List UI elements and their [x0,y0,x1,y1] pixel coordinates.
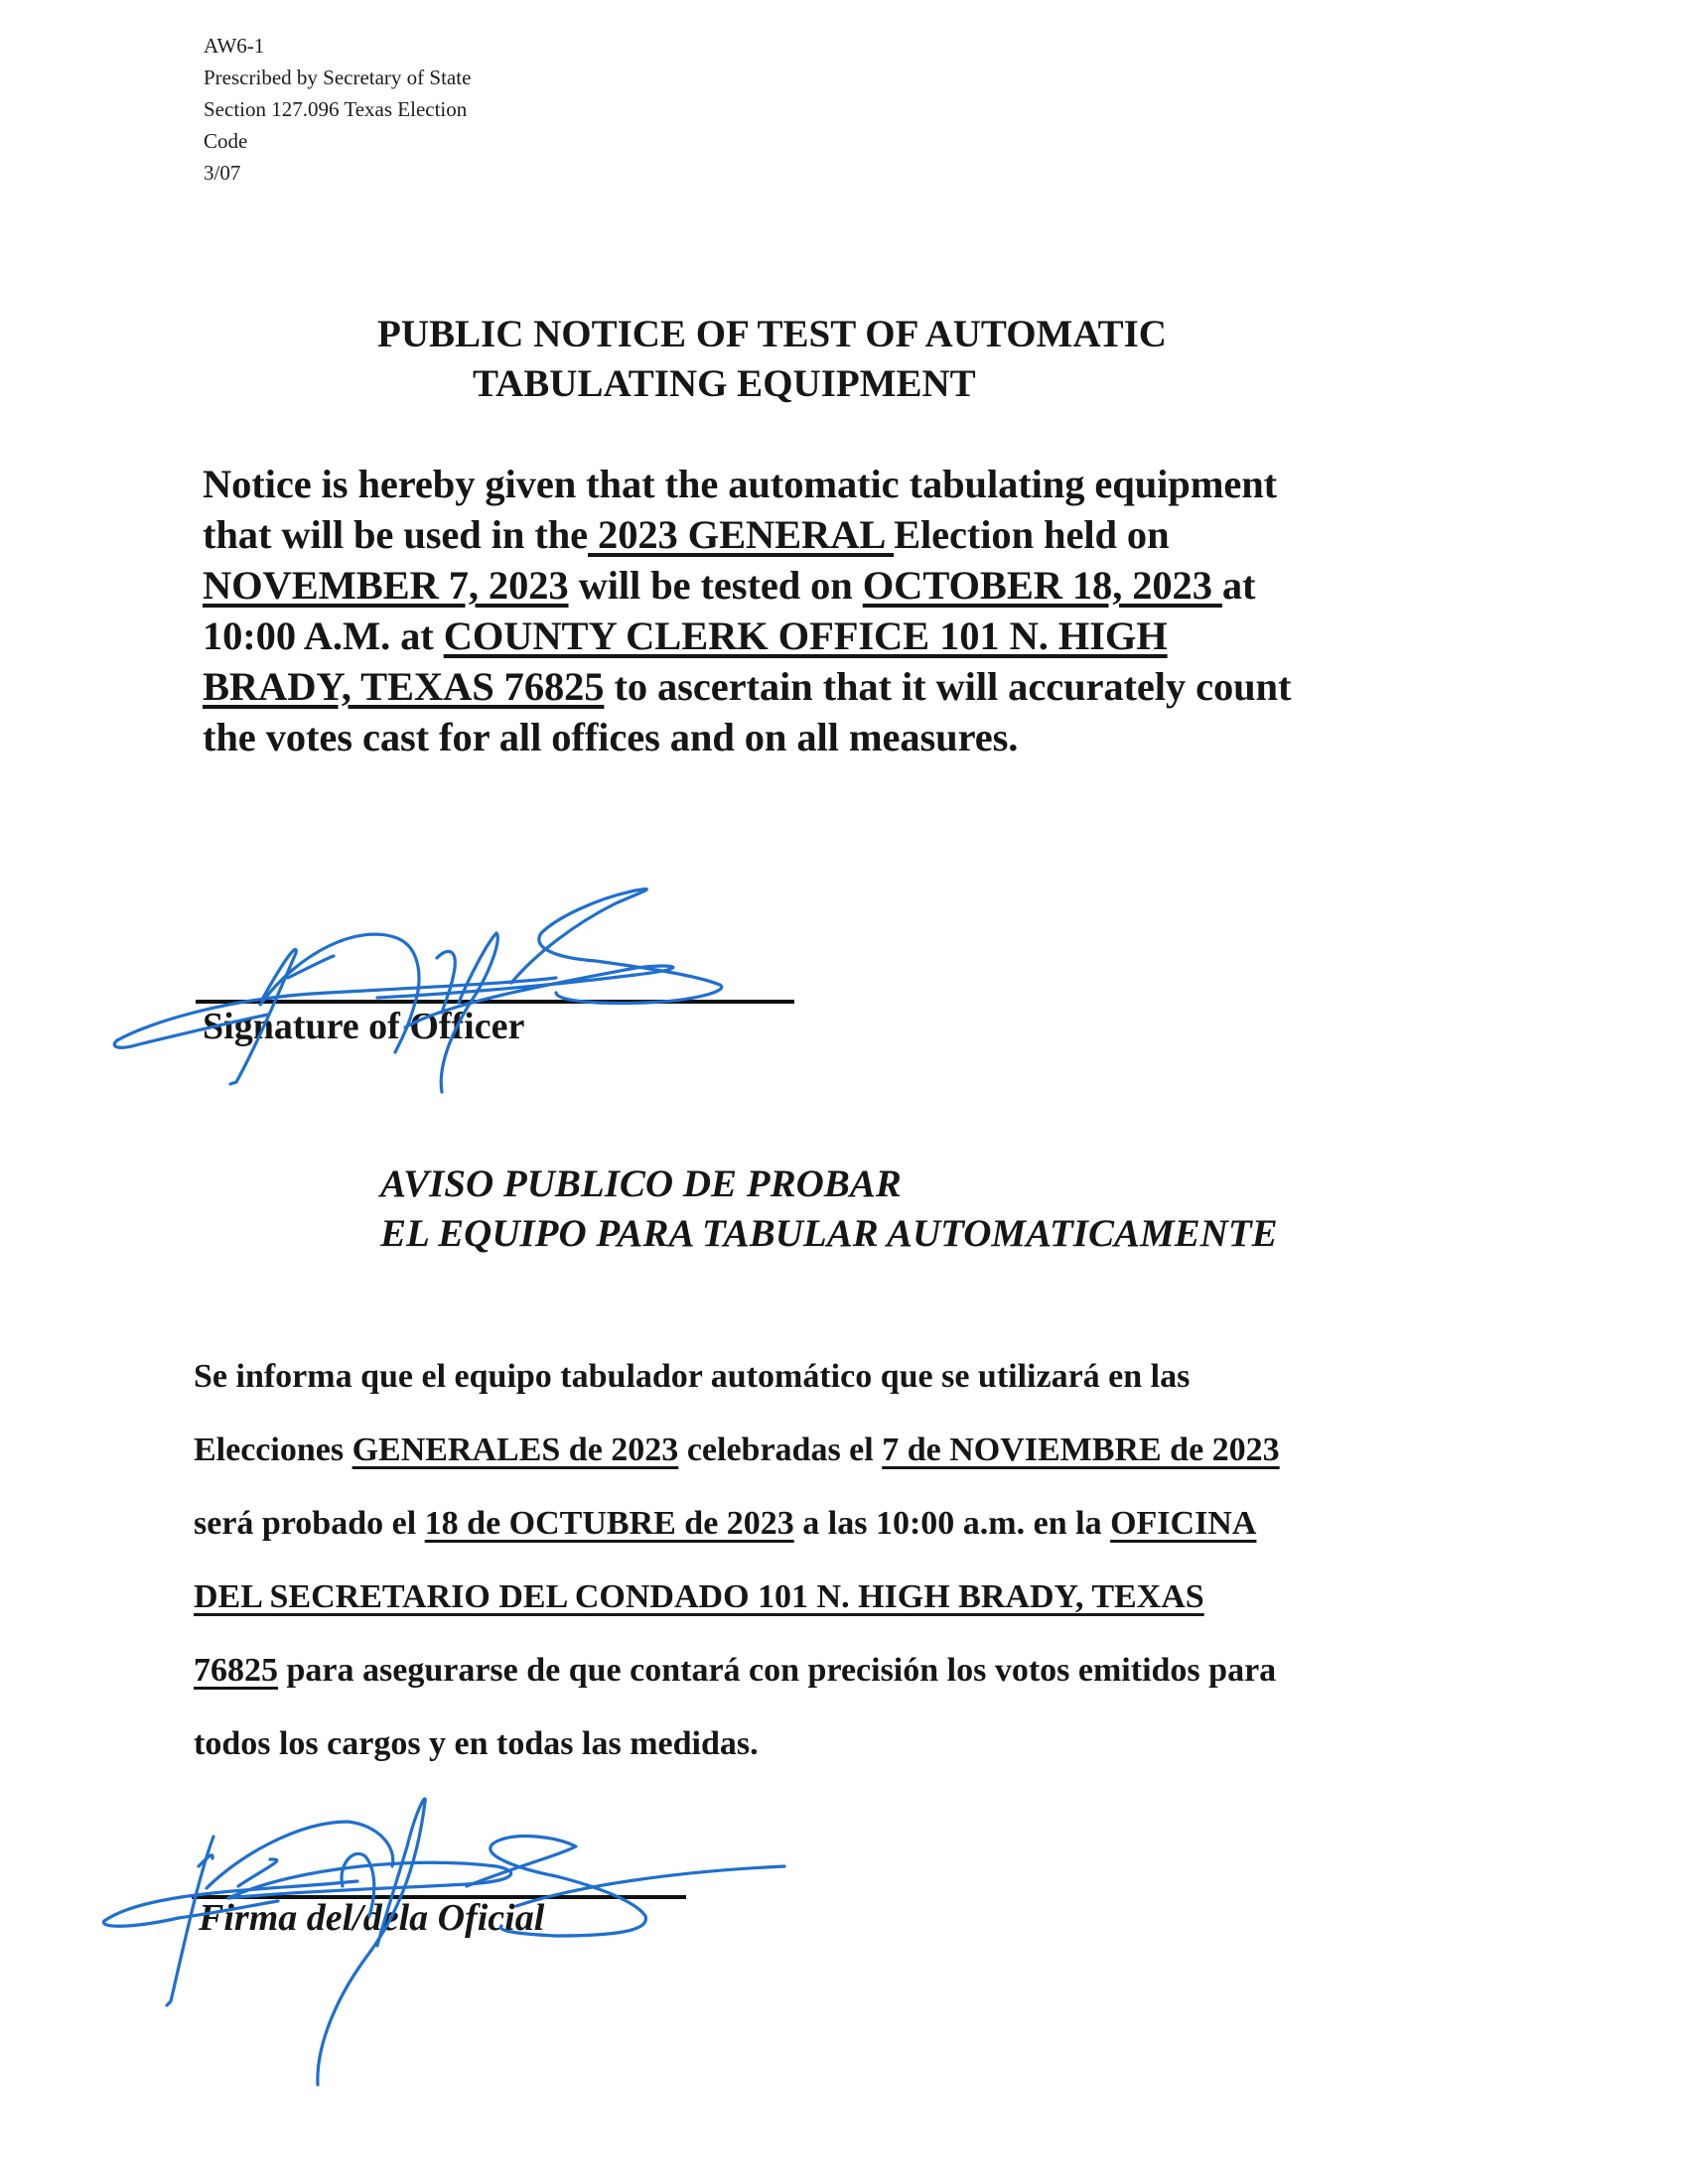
spanish-title-line-2: EL EQUIPO PARA TABULAR AUTOMATICAMENTE [380,1209,1278,1259]
prueba-fecha: 18 de OCTUBRE de 2023 [425,1505,794,1542]
spanish-body-line: será probado el 18 de OCTUBRE de 2023 a … [194,1487,1280,1561]
english-notice-body: Notice is hereby given that the automati… [203,459,1291,762]
spanish-body-line: todos los cargos y en todas las medidas. [194,1707,1280,1781]
spanish-body-line: 76825 para asegurarse de que contará con… [194,1634,1280,1707]
spanish-title: AVISO PUBLICO DE PROBAR EL EQUIPO PARA T… [380,1160,1278,1259]
test-location-line-2: BRADY, TEXAS 76825 [203,664,604,709]
english-body-line: that will be used in the 2023 GENERAL El… [203,509,1291,560]
form-header: AW6-1 Prescribed by Secretary of State S… [204,30,471,189]
prueba-lugar-1: OFICINA [1110,1505,1256,1542]
english-body-line: Notice is hereby given that the automati… [203,459,1291,509]
form-code: Code [204,125,471,157]
test-location-line-1: COUNTY CLERK OFFICE 101 N. HIGH [444,614,1168,658]
eleccion-fecha: 7 de NOVIEMBRE de 2023 [882,1432,1279,1468]
english-body-line: BRADY, TEXAS 76825 to ascertain that it … [203,661,1291,712]
form-prescribed-by: Prescribed by Secretary of State [204,62,471,93]
prueba-lugar-2: DEL SECRETARIO DEL CONDADO 101 N. HIGH B… [194,1578,1204,1615]
spanish-notice-body: Se informa que el equipo tabulador autom… [194,1340,1280,1781]
signature-label: Signature of Officer [203,1005,524,1048]
election-name: 2023 GENERAL [588,512,894,557]
prueba-lugar-3: 76825 [194,1652,278,1689]
english-title-line-2: TABULATING EQUIPMENT [377,359,1167,409]
spanish-body-line: Elecciones GENERALES de 2023 celebradas … [194,1414,1280,1487]
form-revision-date: 3/07 [204,157,471,189]
english-body-line: NOVEMBER 7, 2023 will be tested on OCTOB… [203,560,1291,611]
form-number: AW6-1 [204,30,471,62]
firma-label: Firma del/dela Oficial [199,1896,544,1940]
election-date: NOVEMBER 7, 2023 [203,563,569,608]
signature-line [196,1000,794,1004]
test-date: OCTOBER 18, 2023 [863,563,1222,608]
spanish-body-line: Se informa que el equipo tabulador autom… [194,1340,1280,1414]
english-title-line-1: PUBLIC NOTICE OF TEST OF AUTOMATIC [377,310,1167,359]
english-body-line: the votes cast for all offices and on al… [203,712,1291,762]
eleccion-nombre: GENERALES de 2023 [352,1432,679,1468]
spanish-title-line-1: AVISO PUBLICO DE PROBAR [380,1160,1278,1209]
spanish-body-line: DEL SECRETARIO DEL CONDADO 101 N. HIGH B… [194,1561,1280,1634]
english-body-line: 10:00 A.M. at COUNTY CLERK OFFICE 101 N.… [203,611,1291,661]
form-section: Section 127.096 Texas Election [204,93,471,125]
english-title: PUBLIC NOTICE OF TEST OF AUTOMATIC TABUL… [377,310,1167,409]
